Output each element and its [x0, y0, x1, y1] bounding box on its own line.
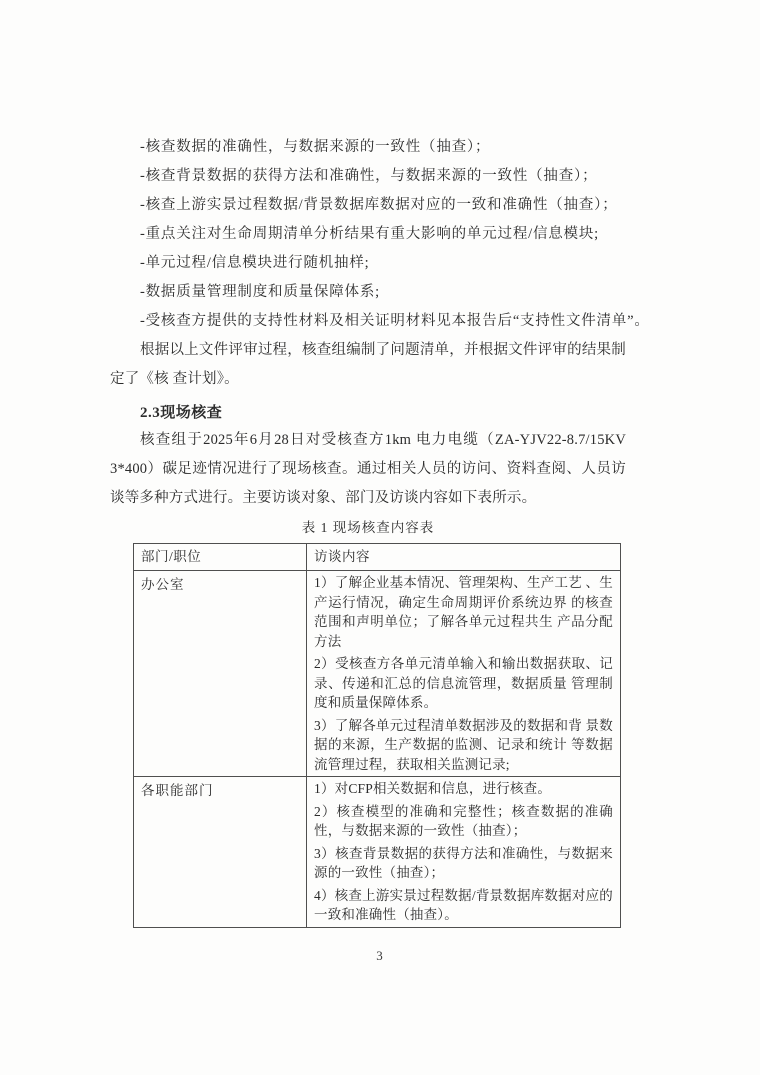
- department-cell: 各职能部门: [134, 777, 307, 928]
- onsite-verification-table: 部门/职位 访谈内容 办公室 1）了解企业基本情况、管理架构、生产工艺 、生产运…: [133, 543, 621, 928]
- bullet-line: -核查数据的准确性，与数据来源的一致性（抽查）；: [110, 133, 626, 162]
- table-header-row: 部门/职位 访谈内容: [134, 544, 621, 571]
- page-number: 3: [0, 948, 760, 964]
- bullet-line: -数据质量管理制度和质量保障体系;: [110, 278, 626, 307]
- interview-item: 4）核查上游实景过程数据/背景数据库数据对应的一致和准确性（抽查）。: [314, 886, 613, 925]
- document-page: -核查数据的准确性，与数据来源的一致性（抽查）； -核查背景数据的获得方法和准确…: [0, 0, 760, 1075]
- interview-content-cell: 1）了解企业基本情况、管理架构、生产工艺 、生产运行情况，确定生命周期评价系统边…: [307, 571, 621, 777]
- table-caption: 表 1 现场核查内容表: [110, 517, 626, 539]
- column-header-interview-content: 访谈内容: [307, 544, 621, 571]
- onsite-verification-paragraph: 核查组于2025年6月28日对受核查方1km 电力电缆（ZA-YJV22-8.7…: [110, 426, 626, 513]
- bullet-line: -核查背景数据的获得方法和准确性，与数据来源的一致性（抽查）；: [110, 162, 626, 191]
- section-heading: 2.3现场核查: [140, 400, 626, 426]
- bullet-line: -受核查方提供的支持性材料及相关证明材料见本报告后“支持性文件清单”。: [110, 307, 626, 336]
- interview-item: 3）了解各单元过程清单数据涉及的数据和背 景数据的来源，生产数据的监测、记录和统…: [314, 716, 613, 775]
- document-review-paragraph: 根据以上文件评审过程，核查组编制了问题清单，并根据文件评审的结果制定了《核 查计…: [110, 336, 626, 394]
- interview-content-cell: 1）对CFP相关数据和信息，进行核查。 2）核查模型的准确和完整性；核查数据的准…: [307, 777, 621, 928]
- interview-item: 3）核查背景数据的获得方法和准确性，与数据来源的一致性（抽查）；: [314, 844, 613, 883]
- interview-item: 2）核查模型的准确和完整性；核查数据的准确性，与数据来源的一致性（抽查）；: [314, 802, 613, 841]
- interview-item: 2）受核查方各单元清单输入和输出数据获取、记录、传递和汇总的信息流管理，数据质量…: [314, 654, 613, 713]
- bullet-line: -单元过程/信息模块进行随机抽样;: [110, 249, 626, 278]
- table-row: 各职能部门 1）对CFP相关数据和信息，进行核查。 2）核查模型的准确和完整性；…: [134, 777, 621, 928]
- page-content: -核查数据的准确性，与数据来源的一致性（抽查）； -核查背景数据的获得方法和准确…: [110, 133, 626, 928]
- bullet-line: -重点关注对生命周期清单分析结果有重大影响的单元过程/信息模块;: [110, 220, 626, 249]
- column-header-department: 部门/职位: [134, 544, 307, 571]
- verification-item-list: -核查数据的准确性，与数据来源的一致性（抽查）； -核查背景数据的获得方法和准确…: [110, 133, 626, 336]
- bullet-line: -核查上游实景过程数据/背景数据库数据对应的一致和准确性（抽查）；: [110, 191, 626, 220]
- department-cell: 办公室: [134, 571, 307, 777]
- table-row: 办公室 1）了解企业基本情况、管理架构、生产工艺 、生产运行情况，确定生命周期评…: [134, 571, 621, 777]
- interview-item: 1）对CFP相关数据和信息，进行核查。: [314, 779, 613, 799]
- interview-item: 1）了解企业基本情况、管理架构、生产工艺 、生产运行情况，确定生命周期评价系统边…: [314, 573, 613, 651]
